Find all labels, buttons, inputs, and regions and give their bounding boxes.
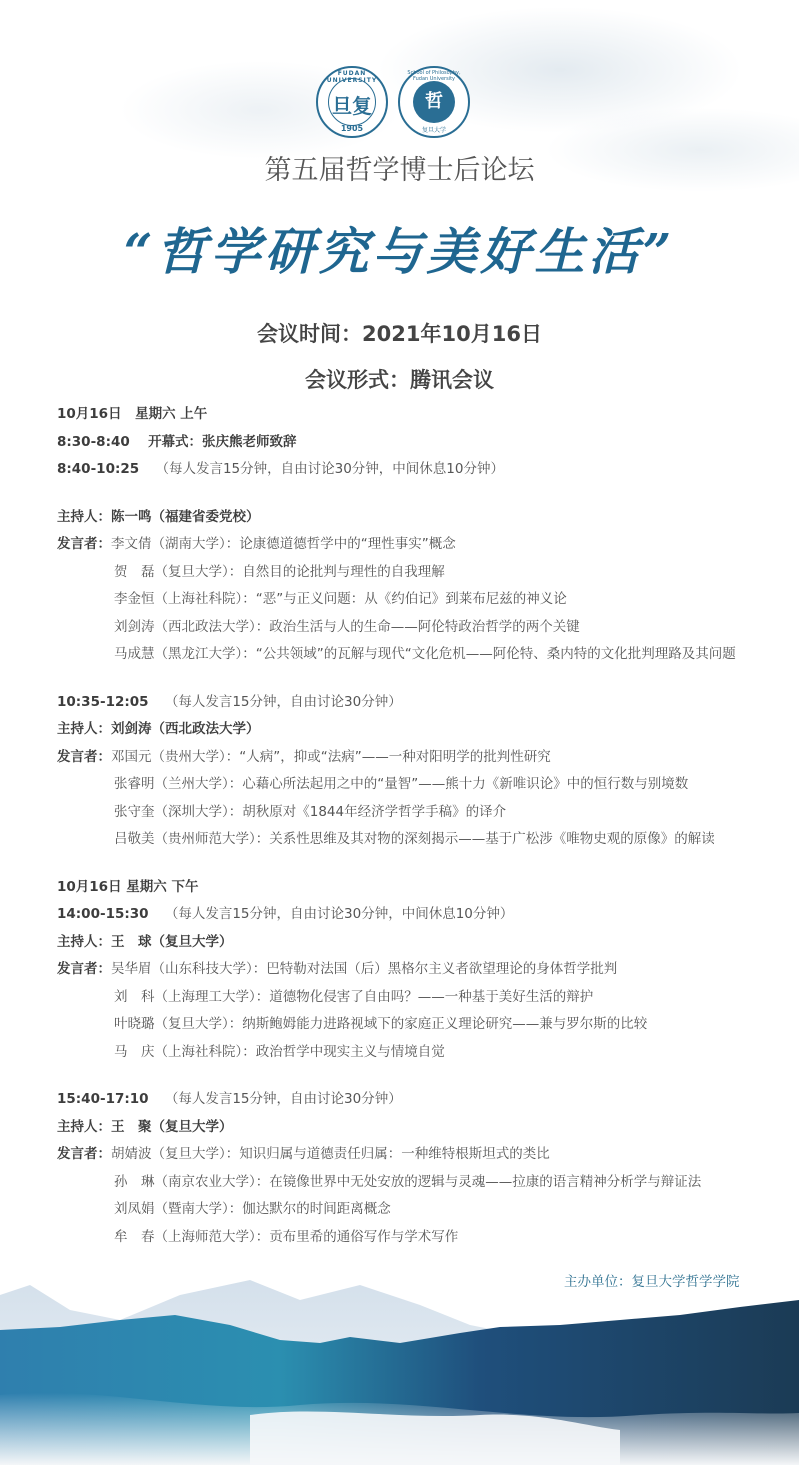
host-label: 主持人： — [57, 934, 111, 950]
session-4-time-row: 15:40-17:10 （每人发言15分钟，自由讨论30分钟） — [57, 1086, 787, 1114]
speaker-entry: 李文倩（湖南大学）：论康德道德哲学中的“理性事实”概念 — [111, 536, 456, 552]
speaker-row: 发言者：邓国元（贵州大学）：“人病”，抑或“法病”——一种对阳明学的批判性研究 — [57, 744, 787, 772]
logo-ring-text: FUDAN UNIVERSITY — [318, 70, 386, 84]
host-name: 刘剑涛（西北政法大学） — [111, 721, 260, 737]
session-4-host: 主持人：王 聚（复旦大学） — [57, 1114, 787, 1142]
speaker-row: 贺 磊（复旦大学）：自然目的论批判与理性的自我理解 — [57, 559, 787, 587]
session-note: （每人发言15分钟，自由讨论30分钟） — [165, 694, 402, 710]
speaker-label: 发言者： — [57, 749, 111, 765]
opening-time: 8:30-8:40 — [57, 434, 130, 450]
session-note: （每人发言15分钟，自由讨论30分钟，中间休息10分钟） — [165, 906, 514, 922]
speaker-row: 刘剑涛（西北政法大学）：政治生活与人的生命——阿伦特政治哲学的两个关键 — [57, 614, 787, 642]
session-time: 15:40-17:10 — [57, 1091, 149, 1107]
host-name: 王 聚（复旦大学） — [111, 1119, 233, 1135]
speaker-row: 孙 琳（南京农业大学）：在镜像世界中无处安放的逻辑与灵魂——拉康的语言精神分析学… — [57, 1169, 787, 1197]
opening-row: 8:30-8:40 开幕式：张庆熊老师致辞 — [57, 429, 787, 457]
host-label: 主持人： — [57, 509, 111, 525]
session-3-time-row: 14:00-15:30 （每人发言15分钟，自由讨论30分钟，中间休息10分钟） — [57, 901, 787, 929]
meeting-time: 会议时间：2021年10月16日 — [0, 318, 799, 348]
school-of-philosophy-logo: School of Philosophy, Fudan University 哲… — [398, 66, 470, 138]
host-label: 主持人： — [57, 721, 111, 737]
speaker-row: 吕敬美（贵州师范大学）：关系性思维及其对物的深刻揭示——基于广松涉《唯物史观的原… — [57, 826, 787, 854]
speaker-row: 马成慧（黑龙江大学）：“公共领域”的瓦解与现代“文化危机——阿伦特、桑内特的文化… — [57, 641, 787, 669]
speaker-row: 张睿明（兰州大学）：心藉心所法起用之中的“量智”——熊十力《新唯识论》中的恒行数… — [57, 771, 787, 799]
forum-title: 第五届哲学博士后论坛 — [0, 148, 799, 187]
speaker-row: 李金恒（上海社科院）：“恶”与正义问题：从《约伯记》到莱布尼兹的神义论 — [57, 586, 787, 614]
speaker-row: 刘 科（上海理工大学）：道德物化侵害了自由吗？——一种基于美好生活的辩护 — [57, 984, 787, 1012]
main-title: “哲学研究与美好生活” — [0, 212, 799, 284]
speaker-label: 发言者： — [57, 1146, 111, 1162]
speaker-entry: 吴华眉（山东科技大学）：巴特勒对法国（后）黑格尔主义者欲望理论的身体哲学批判 — [111, 961, 617, 977]
speaker-entry: 胡婧波（复旦大学）：知识归属与道德责任归属：一种维特根斯坦式的类比 — [111, 1146, 550, 1162]
meeting-format: 会议形式：腾讯会议 — [0, 364, 799, 394]
day-heading-morning: 10月16日 星期六 上午 — [57, 401, 787, 429]
host-label: 主持人： — [57, 1119, 111, 1135]
logo-bottom-text: 复旦大学 — [400, 125, 468, 134]
schedule: 10月16日 星期六 上午 8:30-8:40 开幕式：张庆熊老师致辞 8:40… — [57, 401, 787, 1251]
speaker-row: 刘凤娟（暨南大学）：伽达默尔的时间距离概念 — [57, 1196, 787, 1224]
speaker-label: 发言者： — [57, 961, 111, 977]
session-2-host: 主持人：刘剑涛（西北政法大学） — [57, 716, 787, 744]
ink-mountains-illustration — [0, 1265, 799, 1465]
speaker-row: 马 庆（上海社科院）：政治哲学中现实主义与情境自觉 — [57, 1039, 787, 1067]
speaker-row: 叶晓璐（复旦大学）：纳斯鲍姆能力进路视域下的家庭正义理论研究——兼与罗尔斯的比较 — [57, 1011, 787, 1039]
session-2-time-row: 10:35-12:05 （每人发言15分钟，自由讨论30分钟） — [57, 689, 787, 717]
organizer-credit: 主办单位：复旦大学哲学学院 — [564, 1270, 740, 1290]
session-note: （每人发言15分钟，自由讨论30分钟，中间休息10分钟） — [155, 461, 504, 477]
logo-center-glyph: 旦复 — [318, 90, 386, 119]
speaker-row: 牟 春（上海师范大学）：贡布里希的通俗写作与学术写作 — [57, 1224, 787, 1252]
session-3-host: 主持人：王 球（复旦大学） — [57, 929, 787, 957]
logo-group: FUDAN UNIVERSITY 旦复 1905 School of Philo… — [316, 66, 486, 140]
speaker-row: 张守奎（深圳大学）：胡秋原对《1844年经济学哲学手稿》的译介 — [57, 799, 787, 827]
speaker-label: 发言者： — [57, 536, 111, 552]
logo-year: 1905 — [318, 124, 386, 133]
session-time: 14:00-15:30 — [57, 906, 149, 922]
session-1-host: 主持人：陈一鸣（福建省委党校） — [57, 504, 787, 532]
opening-label: 开幕式：张庆熊老师致辞 — [148, 434, 297, 450]
logo-center-glyph: 哲 — [413, 81, 455, 123]
day-heading-afternoon: 10月16日 星期六 下午 — [57, 874, 787, 902]
session-time: 10:35-12:05 — [57, 694, 149, 710]
session-note: （每人发言15分钟，自由讨论30分钟） — [165, 1091, 402, 1107]
session-time: 8:40-10:25 — [57, 461, 139, 477]
session-1-time-row: 8:40-10:25 （每人发言15分钟，自由讨论30分钟，中间休息10分钟） — [57, 456, 787, 484]
speaker-row: 发言者：吴华眉（山东科技大学）：巴特勒对法国（后）黑格尔主义者欲望理论的身体哲学… — [57, 956, 787, 984]
fudan-university-logo: FUDAN UNIVERSITY 旦复 1905 — [316, 66, 388, 138]
speaker-row: 发言者：胡婧波（复旦大学）：知识归属与道德责任归属：一种维特根斯坦式的类比 — [57, 1141, 787, 1169]
host-name: 王 球（复旦大学） — [111, 934, 233, 950]
host-name: 陈一鸣（福建省委党校） — [111, 509, 260, 525]
speaker-entry: 邓国元（贵州大学）：“人病”，抑或“法病”——一种对阳明学的批判性研究 — [111, 749, 551, 765]
speaker-row: 发言者：李文倩（湖南大学）：论康德道德哲学中的“理性事实”概念 — [57, 531, 787, 559]
